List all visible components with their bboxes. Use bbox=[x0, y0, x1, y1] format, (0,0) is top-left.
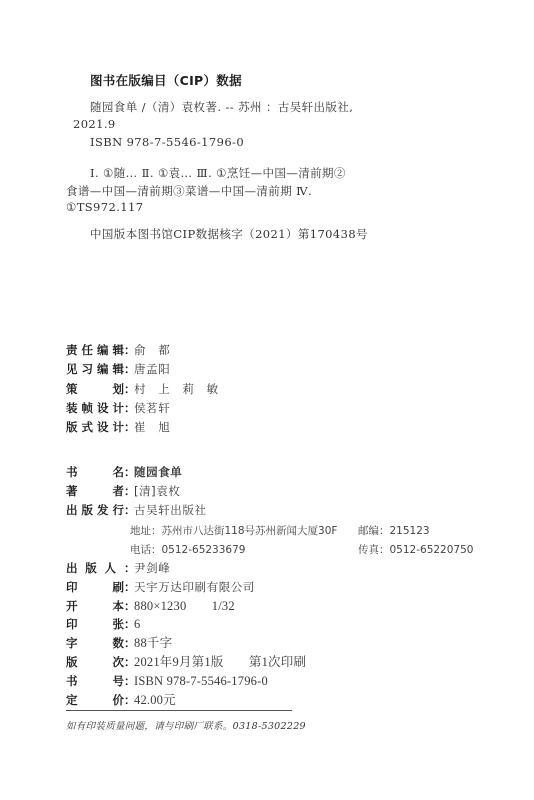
staff-label: 版式设计 bbox=[66, 418, 124, 436]
isbn-value: ISBN 978-7-5546-1796-0 bbox=[134, 672, 268, 690]
staff-value: 唐孟阳 bbox=[134, 360, 170, 378]
staff-label: 责任编辑 bbox=[66, 341, 124, 359]
publisher-person-value: 尹剑峰 bbox=[134, 559, 170, 577]
info-row-edition: 版次 ： 2021年9月第1版 第1次印刷 bbox=[66, 653, 306, 671]
divider-line bbox=[66, 710, 292, 711]
info-row-publisher-person: 出版人 ： 尹剑峰 bbox=[66, 559, 170, 577]
staff-row-planner: 策划 ： 村 上 莉 敏 bbox=[66, 380, 219, 398]
info-row-author: 著者 ： [清]袁枚 bbox=[66, 482, 180, 500]
staff-row-binding-design: 装帧设计 ： 侯茗轩 bbox=[66, 399, 170, 417]
staff-row-layout-design: 版式设计 ： 崔 旭 bbox=[66, 418, 170, 436]
staff-label: 见习编辑 bbox=[66, 360, 124, 378]
info-row-book-name: 书名 ： 随园食单 bbox=[66, 463, 182, 481]
quality-contact-note: 如有印装质量问题，请与印刷厂联系。0318-5302229 bbox=[66, 718, 306, 732]
cip-subject-line-1: Ⅰ. ①随… Ⅱ. ①袁… Ⅲ. ①烹饪—中国—清前期② bbox=[90, 165, 346, 181]
publisher-address: 地址：苏州市八达街118号苏州新闻大厦30F bbox=[130, 523, 337, 538]
staff-value: 崔 旭 bbox=[134, 418, 170, 436]
cip-approval-number: 中国版本图书馆CIP数据核字（2021）第170438号 bbox=[90, 226, 368, 242]
staff-value: 俞 都 bbox=[134, 341, 170, 359]
cip-classification: ①TS972.117 bbox=[66, 200, 143, 214]
printing-value: 天宇万达印刷有限公司 bbox=[134, 578, 255, 596]
staff-value: 侯茗轩 bbox=[134, 399, 170, 417]
cip-isbn-line: ISBN 978-7-5546-1796-0 bbox=[90, 135, 244, 149]
info-row-publisher: 出版发行 ： 古吴轩出版社 bbox=[66, 501, 207, 519]
book-name-value: 随园食单 bbox=[134, 463, 182, 481]
info-row-price: 定价 ： 42.00元 bbox=[66, 691, 176, 709]
cip-title: 图书在版编目（CIP）数据 bbox=[90, 71, 242, 89]
price-value: 42.00元 bbox=[134, 691, 176, 709]
staff-label: 策划 bbox=[66, 380, 124, 398]
info-row-word-count: 字数 ： 88千字 bbox=[66, 634, 172, 652]
info-row-book-number: 书号 ： ISBN 978-7-5546-1796-0 bbox=[66, 672, 268, 690]
publisher-value: 古吴轩出版社 bbox=[134, 501, 207, 519]
cip-subject-line-2: 食谱—中国—清前期③菜谱—中国—清前期 Ⅳ. bbox=[66, 183, 312, 199]
cip-entry-line-1: 随园食单 /（清）袁枚著. -- 苏州 ：古吴轩出版社, bbox=[90, 99, 353, 115]
format-value: 880×1230 1/32 bbox=[134, 597, 235, 615]
cip-entry-line-2: 2021.9 bbox=[73, 117, 116, 131]
publisher-postcode: 邮编：215123 bbox=[358, 523, 430, 538]
staff-row-trainee-editor: 见习编辑 ： 唐孟阳 bbox=[66, 360, 170, 378]
staff-label: 装帧设计 bbox=[66, 399, 124, 417]
staff-row-editor: 责任编辑 ： 俞 都 bbox=[66, 341, 170, 359]
sheets-value: 6 bbox=[134, 615, 140, 633]
info-row-sheets: 印张 ： 6 bbox=[66, 615, 140, 633]
author-value: [清]袁枚 bbox=[134, 482, 180, 500]
staff-value: 村 上 莉 敏 bbox=[134, 380, 219, 398]
publisher-phone: 电话：0512-65233679 bbox=[130, 542, 245, 557]
word-count-value: 88千字 bbox=[134, 634, 172, 652]
publisher-fax: 传真：0512-65220750 bbox=[358, 542, 473, 557]
edition-value: 2021年9月第1版 第1次印刷 bbox=[134, 653, 306, 671]
info-row-printing: 印刷 ： 天宇万达印刷有限公司 bbox=[66, 578, 255, 596]
info-row-format: 开本 ： 880×1230 1/32 bbox=[66, 597, 235, 615]
